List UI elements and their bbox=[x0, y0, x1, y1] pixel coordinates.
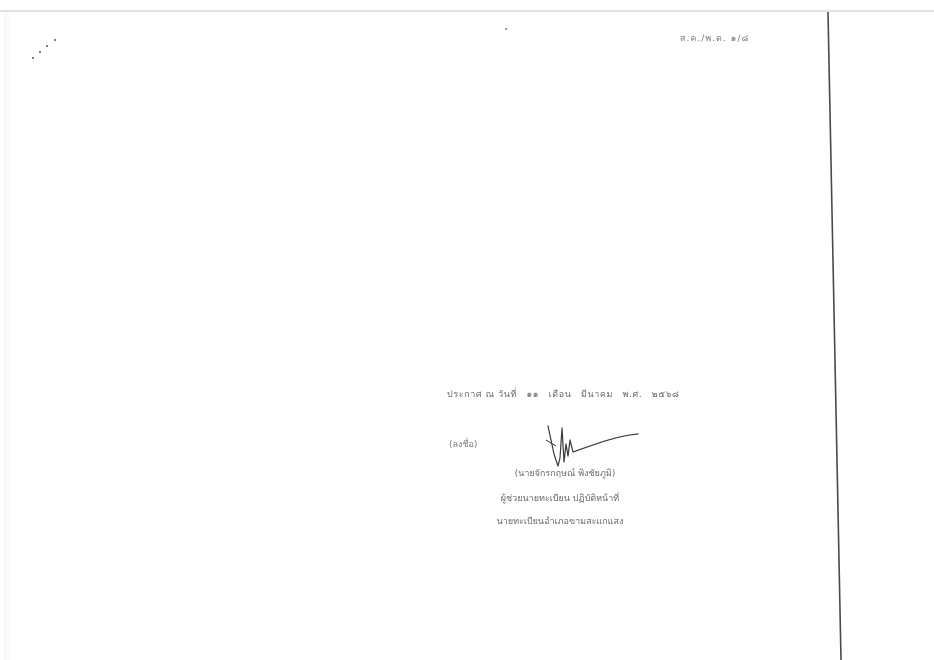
page-right-edge-line bbox=[0, 0, 934, 660]
announcement-year-label: พ.ศ. bbox=[623, 390, 643, 400]
document-reference-code: ส.ค./พ.ด. ๑/๘ bbox=[680, 31, 749, 45]
handwritten-signature bbox=[540, 422, 650, 472]
signer-position-line-1: ผู้ช่วยนายทะเบียน ปฏิบัติหน้าที่ bbox=[470, 491, 650, 505]
announcement-day: ๑๑ bbox=[526, 390, 539, 400]
announcement-prefix: ประกาศ ณ วันที่ bbox=[447, 390, 517, 400]
scan-speck bbox=[505, 28, 507, 30]
announcement-year: ๒๕๖๘ bbox=[652, 390, 680, 400]
announcement-date-line: ประกาศ ณ วันที่ ๑๑ เดือน มีนาคม พ.ศ. ๒๕๖… bbox=[447, 387, 686, 401]
sign-label: (ลงชื่อ) bbox=[449, 437, 477, 451]
signer-name: (นายจักรกฤษณ์ พิงชัยภูมิ) bbox=[490, 466, 640, 480]
signer-position-line-2: นายทะเบียนอำเภอขามสะแกแสง bbox=[470, 514, 650, 528]
announcement-month: มีนาคม bbox=[581, 390, 613, 400]
announcement-month-label: เดือน bbox=[549, 390, 572, 400]
